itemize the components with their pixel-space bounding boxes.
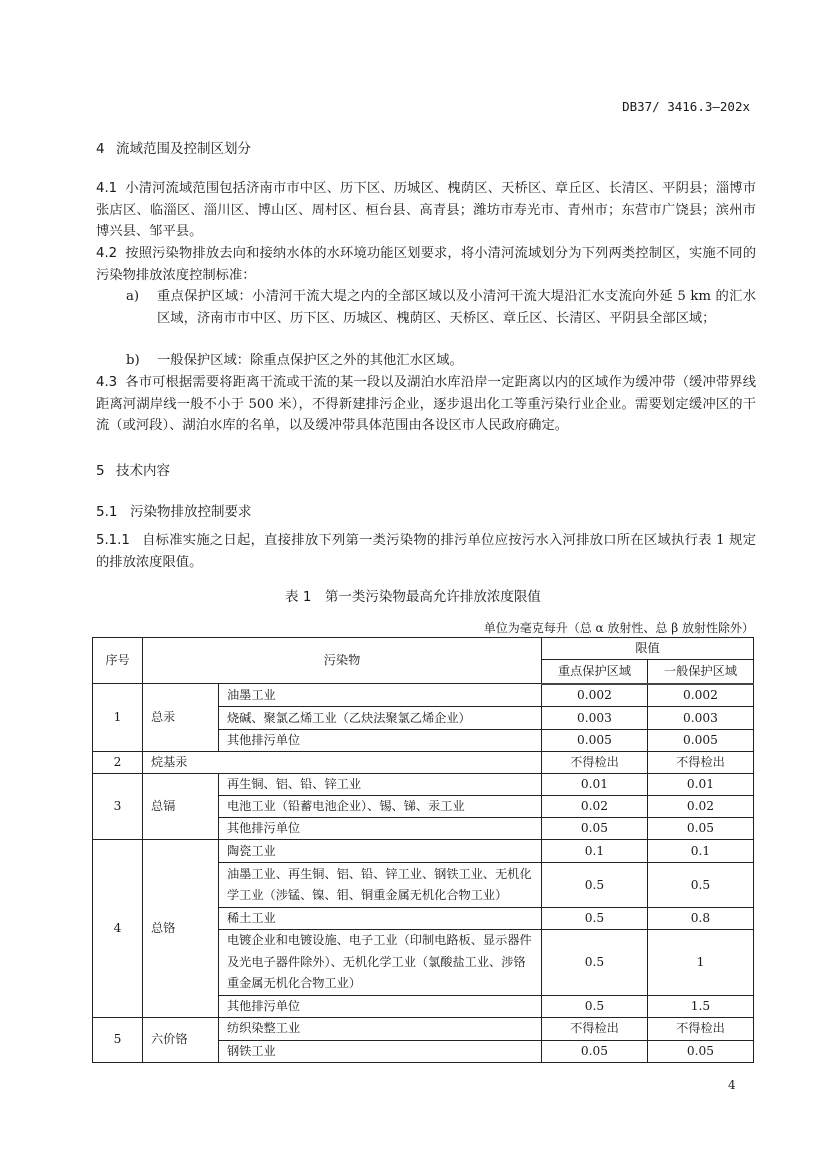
industry-cell: 烧碱、聚氯乙烯工业（乙炔法聚氯乙烯企业） [219, 707, 542, 730]
pollutant-limits-table: 序号 污染物 限值 重点保护区域 一般保护区域 1 总汞 油墨工业 0.002 … [92, 637, 754, 1063]
clause-text: 各市可根据需要将距离干流或干流的某一段以及湖泊水库沿岸一定距离以内的区域作为缓冲… [96, 375, 756, 433]
industry-cell: 陶瓷工业 [219, 840, 542, 863]
section-number: 5 [96, 463, 116, 479]
header-key-zone: 重点保护区域 [542, 660, 648, 684]
list-label: b) [126, 350, 156, 372]
key-zone-value: 0.02 [542, 796, 648, 818]
clause-text: 按照污染物排放去向和接纳水体的水环境功能区划要求，将小清河流域划分为下列两类控制… [96, 246, 756, 283]
table-row: 2 烷基汞 不得检出 不得检出 [93, 752, 754, 774]
general-zone-value: 0.02 [648, 796, 754, 818]
seq-cell: 3 [93, 774, 143, 840]
industry-cell: 钢铁工业 [219, 1040, 542, 1062]
seq-cell: 5 [93, 1017, 143, 1062]
clause-number: 4.3 [96, 375, 117, 390]
general-zone-value: 0.05 [648, 818, 754, 840]
key-zone-value: 0.05 [542, 818, 648, 840]
section-4-heading: 4流域范围及控制区划分 [96, 137, 251, 157]
clause-4-1: 4.1小清河流域范围包括济南市市中区、历下区、历城区、槐荫区、天桥区、章丘区、长… [96, 178, 756, 243]
industry-cell: 其他排污单位 [219, 818, 542, 840]
seq-cell: 2 [93, 752, 143, 774]
key-zone-value: 0.002 [542, 684, 648, 707]
key-zone-value: 不得检出 [542, 1017, 648, 1040]
key-zone-value: 0.1 [542, 840, 648, 863]
key-zone-value: 不得检出 [542, 752, 648, 774]
key-zone-value: 0.05 [542, 1040, 648, 1062]
key-zone-value: 0.01 [542, 774, 648, 796]
general-zone-value: 0.003 [648, 707, 754, 730]
section-title: 污染物排放控制要求 [130, 504, 252, 520]
list-item-a: a) 重点保护区域：小清河干流大堤之内的全部区域以及小清河干流大堤沿汇水支流向外… [126, 286, 756, 329]
table-unit-note: 单位为毫克每升（总 α 放射性、总 β 放射性除外） [484, 619, 754, 636]
industry-cell: 再生铜、铝、铅、锌工业 [219, 774, 542, 796]
list-text: 重点保护区域：小清河干流大堤之内的全部区域以及小清河干流大堤沿汇水支流向外延 5… [157, 286, 756, 329]
key-zone-value: 0.5 [542, 908, 648, 930]
clause-number: 4.1 [96, 181, 117, 196]
clause-number: 4.2 [96, 246, 117, 261]
industry-cell: 其他排污单位 [219, 730, 542, 752]
list-text: 一般保护区域：除重点保护区之外的其他汇水区域。 [157, 350, 756, 372]
industry-cell: 油墨工业、再生铜、铝、铅、锌工业、钢铁工业、无机化学工业（涉锰、镍、钼、铜重金属… [219, 863, 542, 908]
section-number: 4 [96, 141, 116, 157]
general-zone-value: 1 [648, 930, 754, 996]
general-zone-value: 不得检出 [648, 752, 754, 774]
table-row: 5 六价铬 纺织染整工业 不得检出 不得检出 [93, 1017, 754, 1040]
clause-text: 小清河流域范围包括济南市市中区、历下区、历城区、槐荫区、天桥区、章丘区、长清区、… [96, 181, 756, 239]
seq-cell: 4 [93, 840, 143, 1018]
industry-cell: 稀土工业 [219, 908, 542, 930]
general-zone-value: 0.01 [648, 774, 754, 796]
list-label: a) [126, 286, 156, 308]
clause-4-2: 4.2按照污染物排放去向和接纳水体的水环境功能区划要求，将小清河流域划分为下列两… [96, 243, 756, 286]
general-zone-value: 0.05 [648, 1040, 754, 1062]
key-zone-value: 0.5 [542, 995, 648, 1017]
pollutant-name-cell: 六价铬 [143, 1017, 219, 1062]
key-zone-value: 0.5 [542, 930, 648, 996]
industry-cell: 油墨工业 [219, 684, 542, 707]
industry-cell: 电池工业（铅蓄电池企业）、锡、锑、汞工业 [219, 796, 542, 818]
header-limit: 限值 [542, 638, 754, 660]
section-5-1-heading: 5.1污染物排放控制要求 [96, 500, 252, 520]
key-zone-value: 0.003 [542, 707, 648, 730]
section-title: 技术内容 [116, 463, 170, 479]
general-zone-value: 0.8 [648, 908, 754, 930]
clause-text: 自标准实施之日起，直接排放下列第一类污染物的排污单位应按污水入河排放口所在区域执… [96, 533, 756, 570]
section-5-heading: 5技术内容 [96, 459, 170, 479]
general-zone-value: 0.5 [648, 863, 754, 908]
general-zone-value: 0.002 [648, 684, 754, 707]
general-zone-value: 不得检出 [648, 1017, 754, 1040]
table-caption: 表 1 第一类污染物最高允许排放浓度限值 [0, 585, 826, 605]
industry-cell: 纺织染整工业 [219, 1017, 542, 1040]
header-pollutant: 污染物 [143, 638, 542, 684]
list-item-b: b) 一般保护区域：除重点保护区之外的其他汇水区域。 [126, 350, 756, 372]
key-zone-value: 0.5 [542, 863, 648, 908]
seq-cell: 1 [93, 684, 143, 752]
pollutant-name-cell: 烷基汞 [143, 752, 542, 774]
clause-5-1-1: 5.1.1自标准实施之日起，直接排放下列第一类污染物的排污单位应按污水入河排放口… [96, 530, 756, 573]
industry-cell: 其他排污单位 [219, 995, 542, 1017]
table-row: 3 总镉 再生铜、铝、铅、锌工业 0.01 0.01 [93, 774, 754, 796]
header-seq: 序号 [93, 638, 143, 684]
table-row: 4 总铬 陶瓷工业 0.1 0.1 [93, 840, 754, 863]
header-general-zone: 一般保护区域 [648, 660, 754, 684]
document-code: DB37/ 3416.3—202x [622, 99, 750, 114]
clause-4-3: 4.3各市可根据需要将距离干流或干流的某一段以及湖泊水库沿岸一定距离以内的区域作… [96, 372, 756, 437]
section-number: 5.1 [96, 504, 130, 520]
clause-number: 5.1.1 [96, 533, 130, 548]
general-zone-value: 1.5 [648, 995, 754, 1017]
general-zone-value: 0.1 [648, 840, 754, 863]
pollutant-name-cell: 总铬 [143, 840, 219, 1018]
pollutant-name-cell: 总镉 [143, 774, 219, 840]
page-number: 4 [728, 1078, 736, 1092]
key-zone-value: 0.005 [542, 730, 648, 752]
pollutant-name-cell: 总汞 [143, 684, 219, 752]
section-title: 流域范围及控制区划分 [116, 141, 251, 157]
general-zone-value: 0.005 [648, 730, 754, 752]
table-row: 1 总汞 油墨工业 0.002 0.002 [93, 684, 754, 707]
industry-cell: 电镀企业和电镀设施、电子工业（印制电路板、显示器件及光电子器件除外）、无机化学工… [219, 930, 542, 996]
